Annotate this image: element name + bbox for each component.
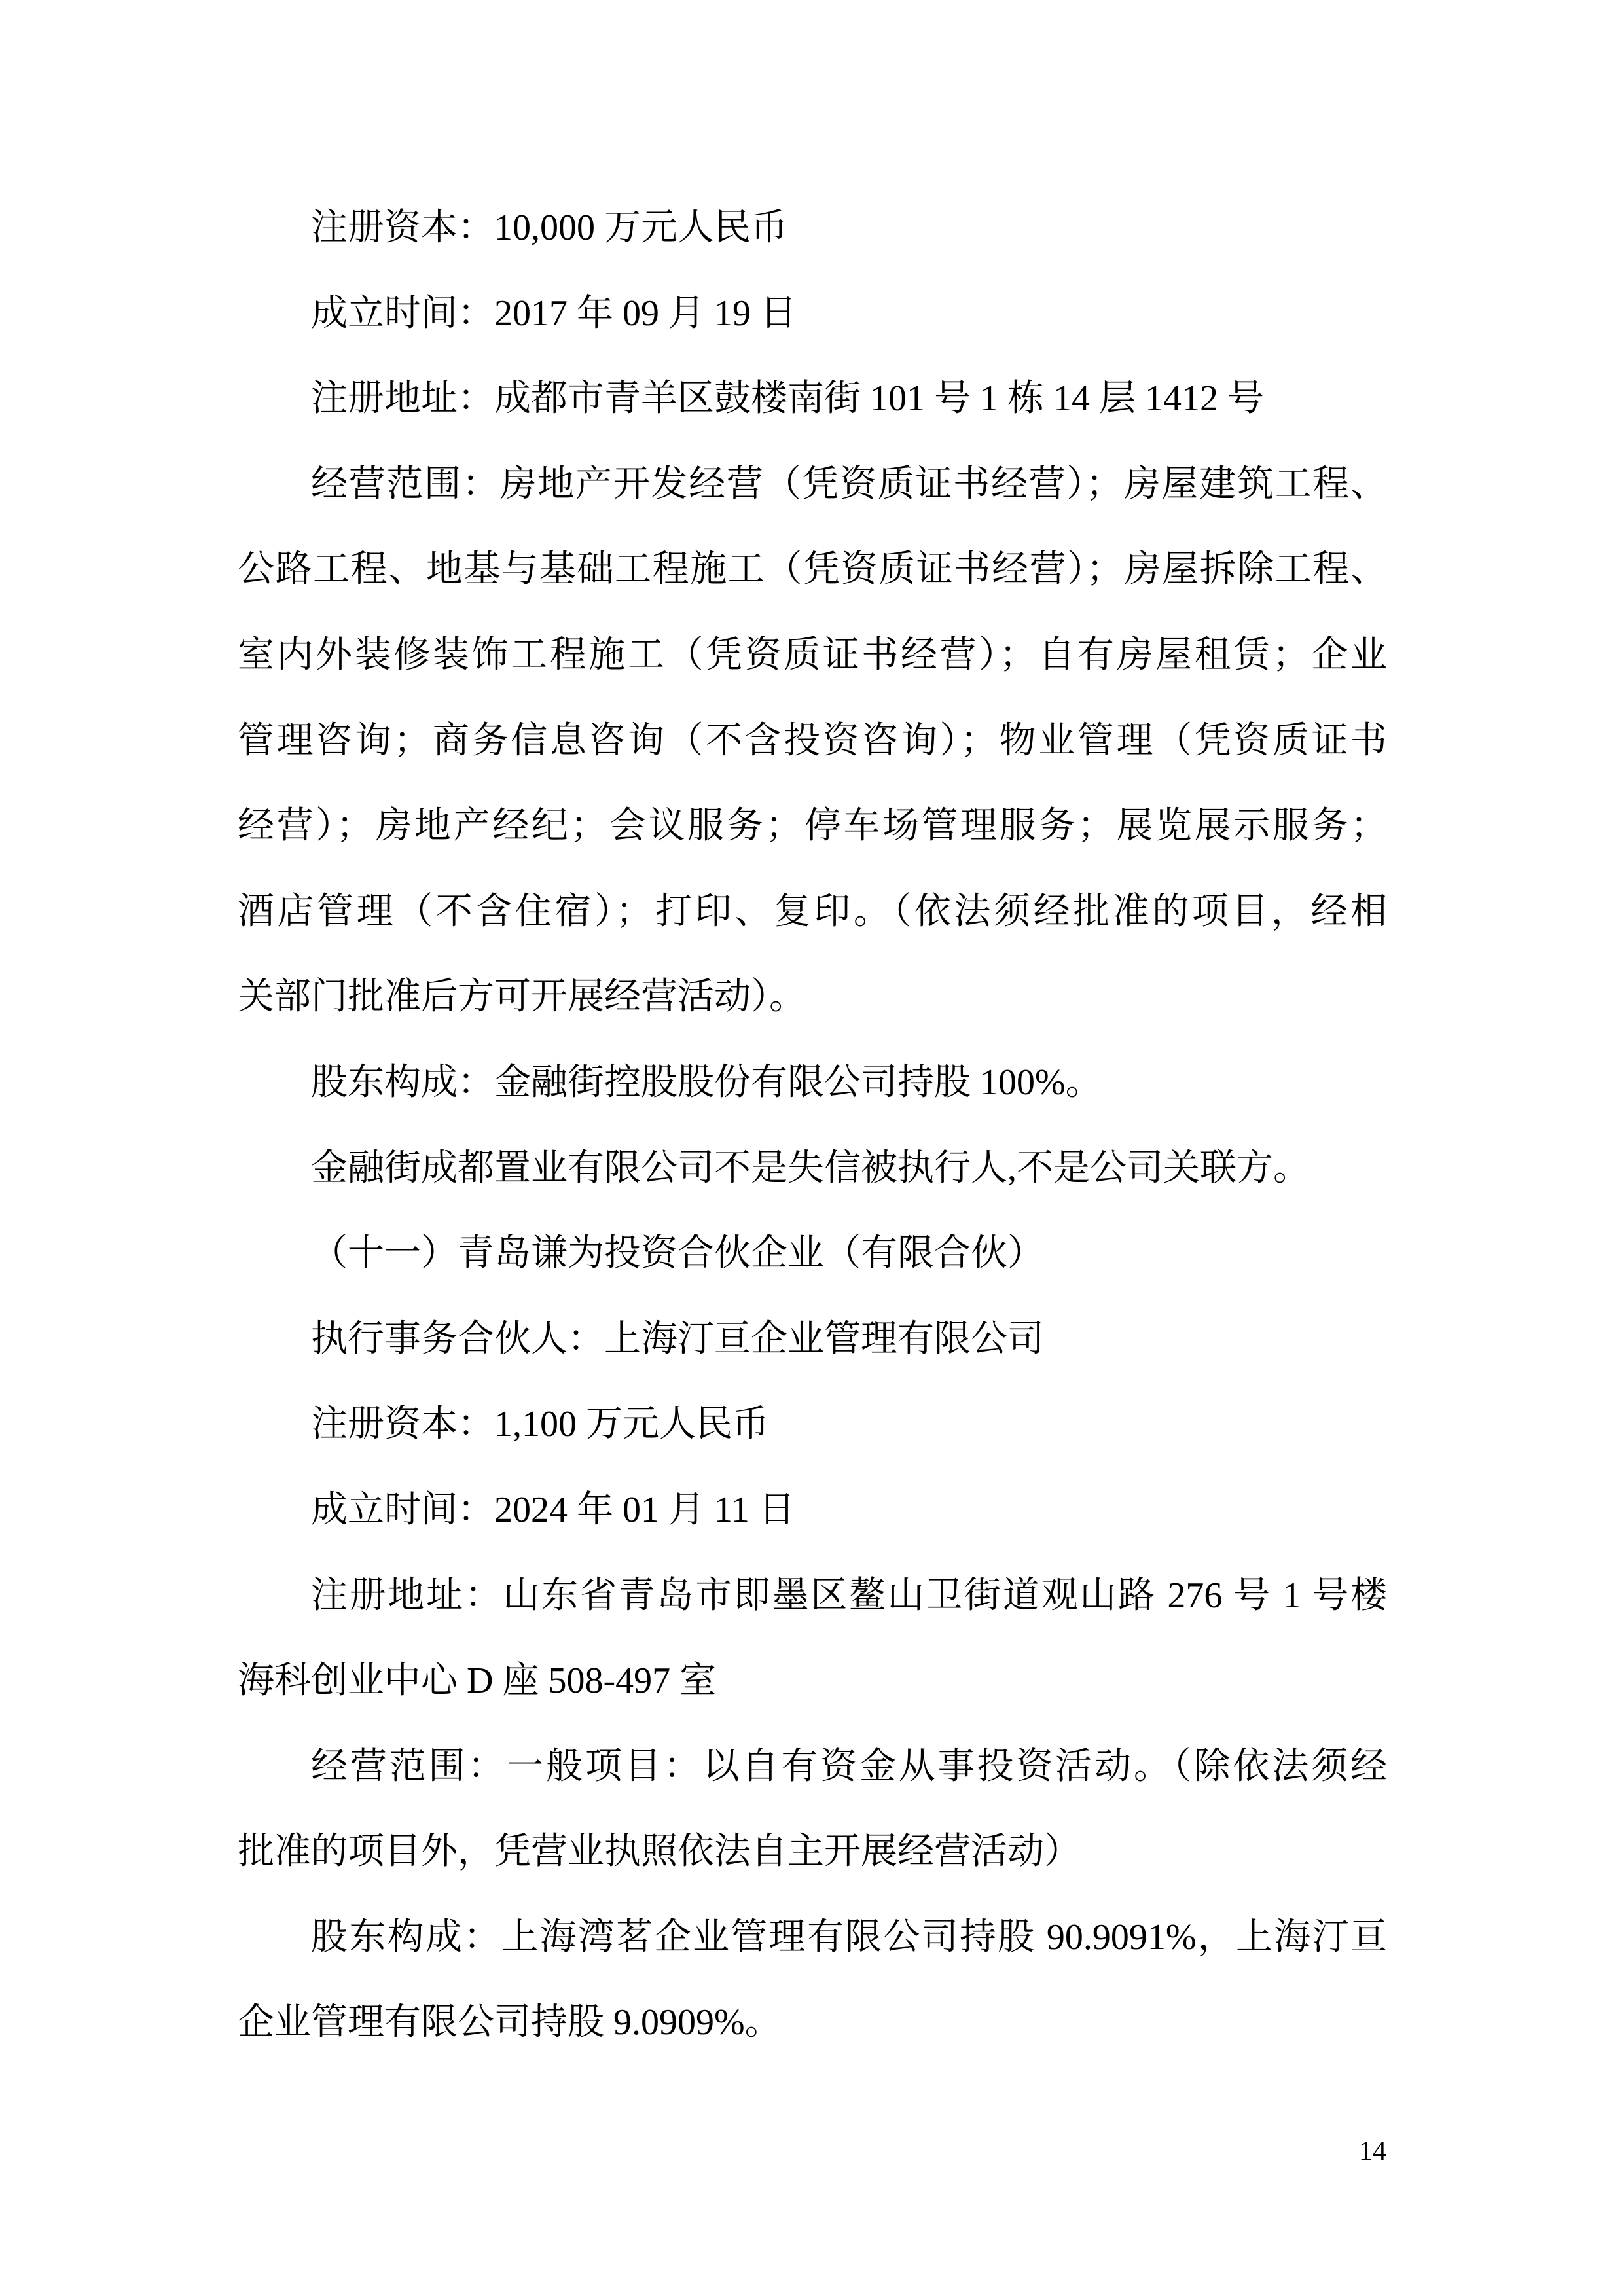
text-line: 酒店管理（不含住宿）；打印、复印。（依法须经批准的项目，经相 <box>238 869 1387 955</box>
text-line: 公路工程、地基与基础工程施工（凭资质证书经营）；房屋拆除工程、 <box>238 527 1387 613</box>
text-line: 股东构成：上海湾茗企业管理有限公司持股 90.9091%，上海汀亘 <box>238 1895 1387 1981</box>
text-line: 成立时间：2017 年 09 月 19 日 <box>238 271 1387 357</box>
text-line: 室内外装修装饰工程施工（凭资质证书经营）；自有房屋租赁；企业 <box>238 613 1387 698</box>
text-line: 经营范围：一般项目：以自有资金从事投资活动。（除依法须经 <box>238 1724 1387 1810</box>
text-line: 海科创业中心 D 座 508-497 室 <box>238 1638 1387 1724</box>
document-page: 注册资本：10,000 万元人民币 成立时间：2017 年 09 月 19 日 … <box>238 185 1387 2066</box>
text-line: 股东构成：金融街控股股份有限公司持股 100%。 <box>238 1040 1387 1126</box>
text-line: 注册资本：10,000 万元人民币 <box>238 185 1387 271</box>
text-line: 批准的项目外，凭营业执照依法自主开展经营活动） <box>238 1809 1387 1895</box>
section-heading: （十一）青岛谦为投资合伙企业（有限合伙） <box>238 1211 1387 1297</box>
text-line: 执行事务合伙人：上海汀亘企业管理有限公司 <box>238 1297 1387 1382</box>
text-line: 企业管理有限公司持股 9.0909%。 <box>238 1980 1387 2066</box>
text-line: 经营）；房地产经纪；会议服务；停车场管理服务；展览展示服务； <box>238 783 1387 869</box>
text-line: 注册资本：1,100 万元人民币 <box>238 1382 1387 1467</box>
text-line: 关部门批准后方可开展经营活动）。 <box>238 954 1387 1040</box>
text-line: 成立时间：2024 年 01 月 11 日 <box>238 1467 1387 1553</box>
text-line: 注册地址：山东省青岛市即墨区鳌山卫街道观山路 276 号 1 号楼 <box>238 1553 1387 1639</box>
text-line: 经营范围：房地产开发经营（凭资质证书经营）；房屋建筑工程、 <box>238 442 1387 528</box>
text-line: 管理咨询；商务信息咨询（不含投资咨询）；物业管理（凭资质证书 <box>238 698 1387 784</box>
text-line: 注册地址：成都市青羊区鼓楼南街 101 号 1 栋 14 层 1412 号 <box>238 356 1387 442</box>
page-number: 14 <box>1343 2128 1402 2174</box>
text-line: 金融街成都置业有限公司不是失信被执行人,不是公司关联方。 <box>238 1126 1387 1211</box>
